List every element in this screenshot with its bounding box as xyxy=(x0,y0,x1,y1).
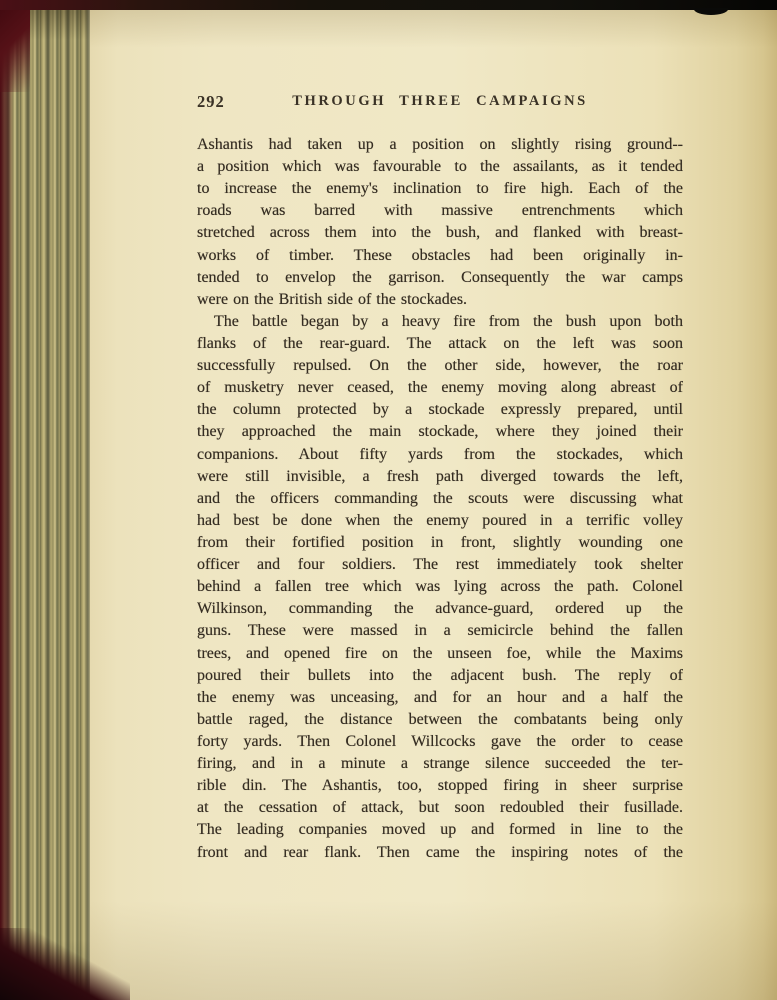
running-header: THROUGH THREE CAMPAIGNS xyxy=(197,93,683,110)
book-page-edges xyxy=(0,0,100,1000)
text-line: flanks of the rear-guard. The attack on … xyxy=(197,333,683,355)
text-line: rible din. The Ashantis, too, stopped fi… xyxy=(197,775,683,797)
text-line: stretched across them into the bush, and… xyxy=(197,222,683,244)
scanned-book-page: 292 THROUGH THREE CAMPAIGNS Ashantis had… xyxy=(0,0,777,1000)
book-cover-corner-top xyxy=(0,0,30,92)
text-block: Ashantis had taken up a position on slig… xyxy=(197,134,683,864)
text-line: front and rear flank. Then came the insp… xyxy=(197,842,683,864)
text-line: were still invisible, a fresh path diver… xyxy=(197,466,683,488)
text-line: companions. About fifty yards from the s… xyxy=(197,444,683,466)
page-header: 292 THROUGH THREE CAMPAIGNS xyxy=(197,92,683,112)
text-line: a position which was favourable to the a… xyxy=(197,156,683,178)
text-line: from their fortified position in front, … xyxy=(197,532,683,554)
text-line: guns. These were massed in a semicircle … xyxy=(197,620,683,642)
text-line: tended to envelop the garrison. Conseque… xyxy=(197,267,683,289)
text-line: to increase the enemy's inclination to f… xyxy=(197,178,683,200)
text-line: The leading companies moved up and forme… xyxy=(197,819,683,841)
text-line: poured their bullets into the adjacent b… xyxy=(197,665,683,687)
text-line: successfully repulsed. On the other side… xyxy=(197,355,683,377)
text-line: officer and four soldiers. The rest imme… xyxy=(197,554,683,576)
text-line: Ashantis had taken up a position on slig… xyxy=(197,134,683,156)
text-line: behind a fallen tree which was lying acr… xyxy=(197,576,683,598)
book-cover-edge xyxy=(0,0,14,1000)
text-line: forty yards. Then Colonel Willcocks gave… xyxy=(197,731,683,753)
text-line: trees, and opened fire on the unseen foe… xyxy=(197,643,683,665)
text-line: at the cessation of attack, but soon red… xyxy=(197,797,683,819)
book-top-edge xyxy=(0,0,777,10)
text-line: roads was barred with massive entrenchme… xyxy=(197,200,683,222)
text-line: works of timber. These obstacles had bee… xyxy=(197,245,683,267)
text-line: the column protected by a stockade expre… xyxy=(197,399,683,421)
book-cover-corner-bottom xyxy=(0,928,130,1000)
text-line: The battle began by a heavy fire from th… xyxy=(197,311,683,333)
text-line: of musketry never ceased, the enemy movi… xyxy=(197,377,683,399)
text-line: the enemy was unceasing, and for an hour… xyxy=(197,687,683,709)
text-line: firing, and in a minute a strange silenc… xyxy=(197,753,683,775)
text-line: were on the British side of the stockade… xyxy=(197,289,683,311)
text-line: they approached the main stockade, where… xyxy=(197,421,683,443)
book-page: 292 THROUGH THREE CAMPAIGNS Ashantis had… xyxy=(90,8,777,1000)
text-line: and the officers commanding the scouts w… xyxy=(197,488,683,510)
text-line: had best be done when the enemy poured i… xyxy=(197,510,683,532)
text-line: Wilkinson, commanding the advance-guard,… xyxy=(197,598,683,620)
text-line: battle raged, the distance between the c… xyxy=(197,709,683,731)
